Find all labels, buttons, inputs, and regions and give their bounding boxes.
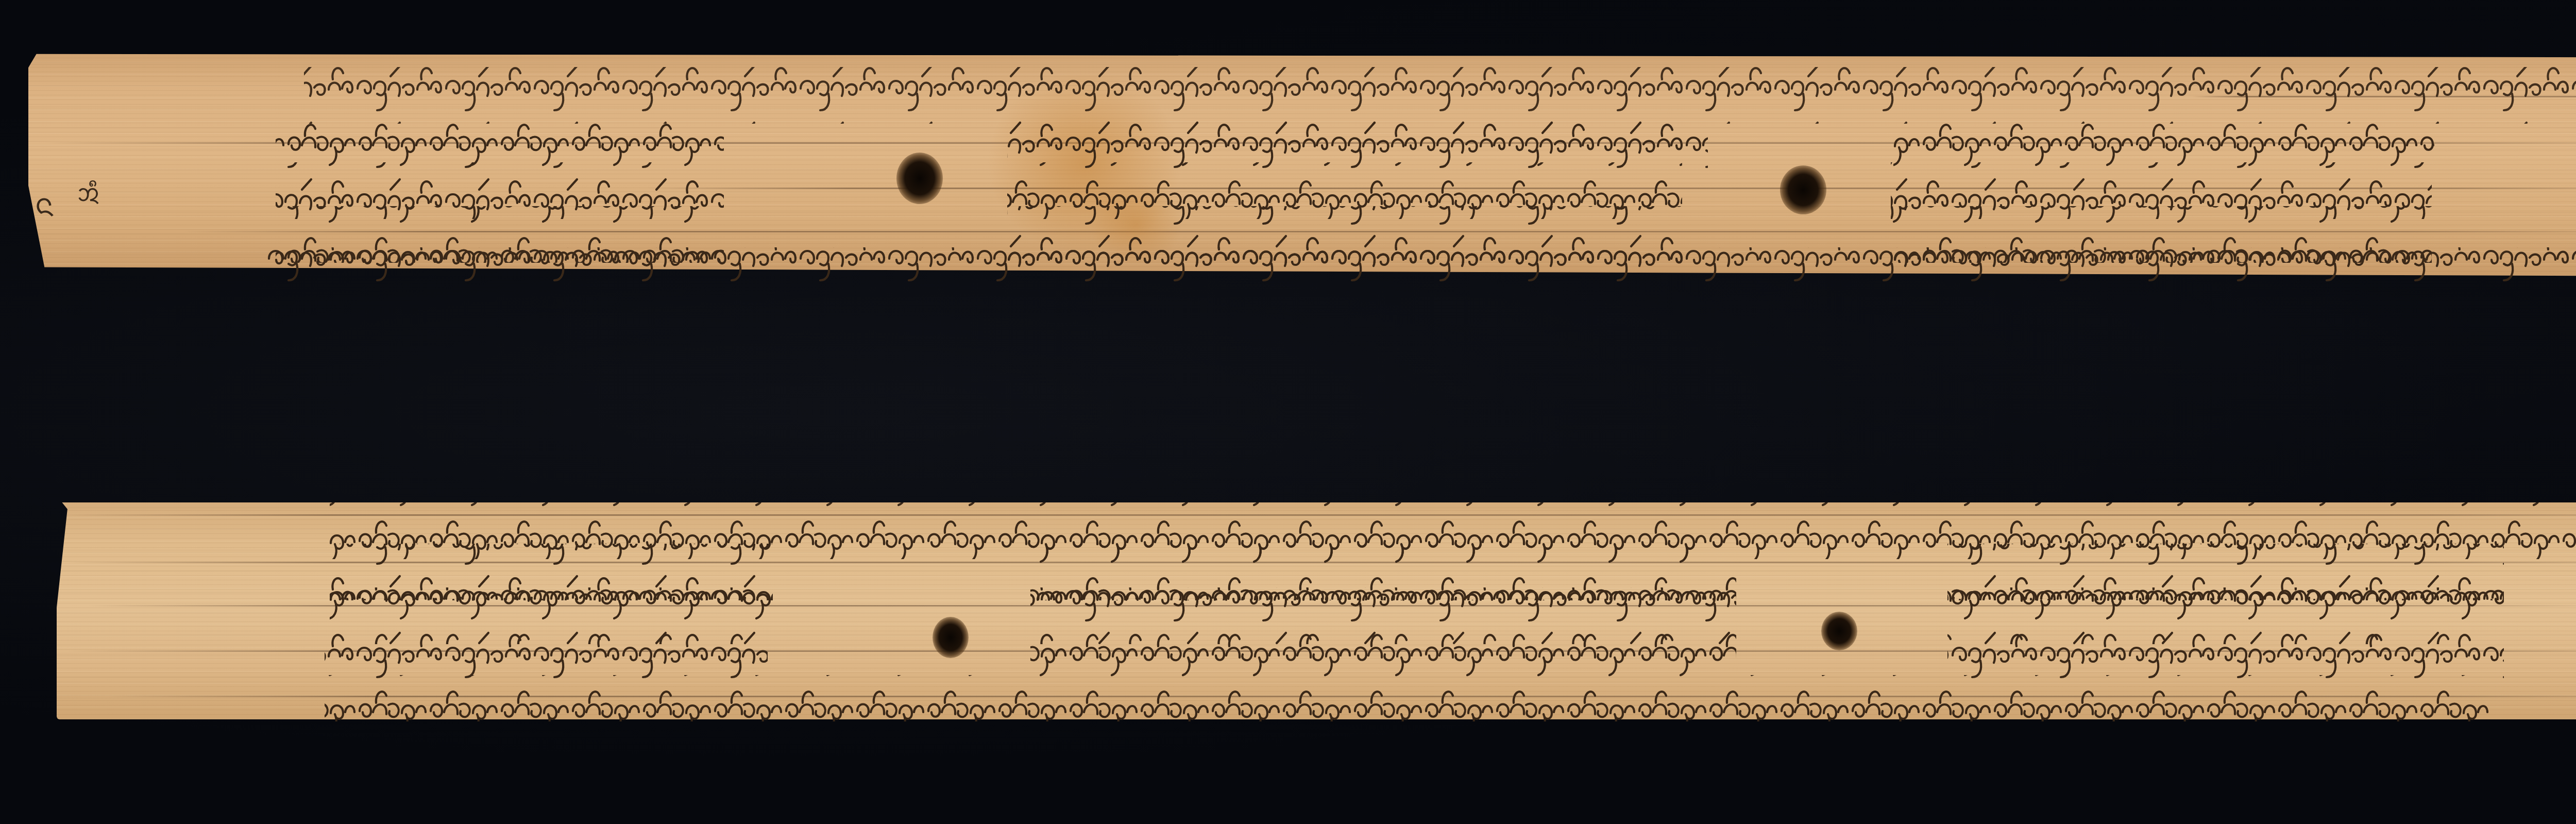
top-leaf-line-1 [304, 67, 2576, 124]
top-leaf-line-5 [268, 247, 2576, 289]
script-lines-top-leaf [0, 0, 2576, 824]
bottom-leaf-line-5 [325, 675, 2488, 721]
